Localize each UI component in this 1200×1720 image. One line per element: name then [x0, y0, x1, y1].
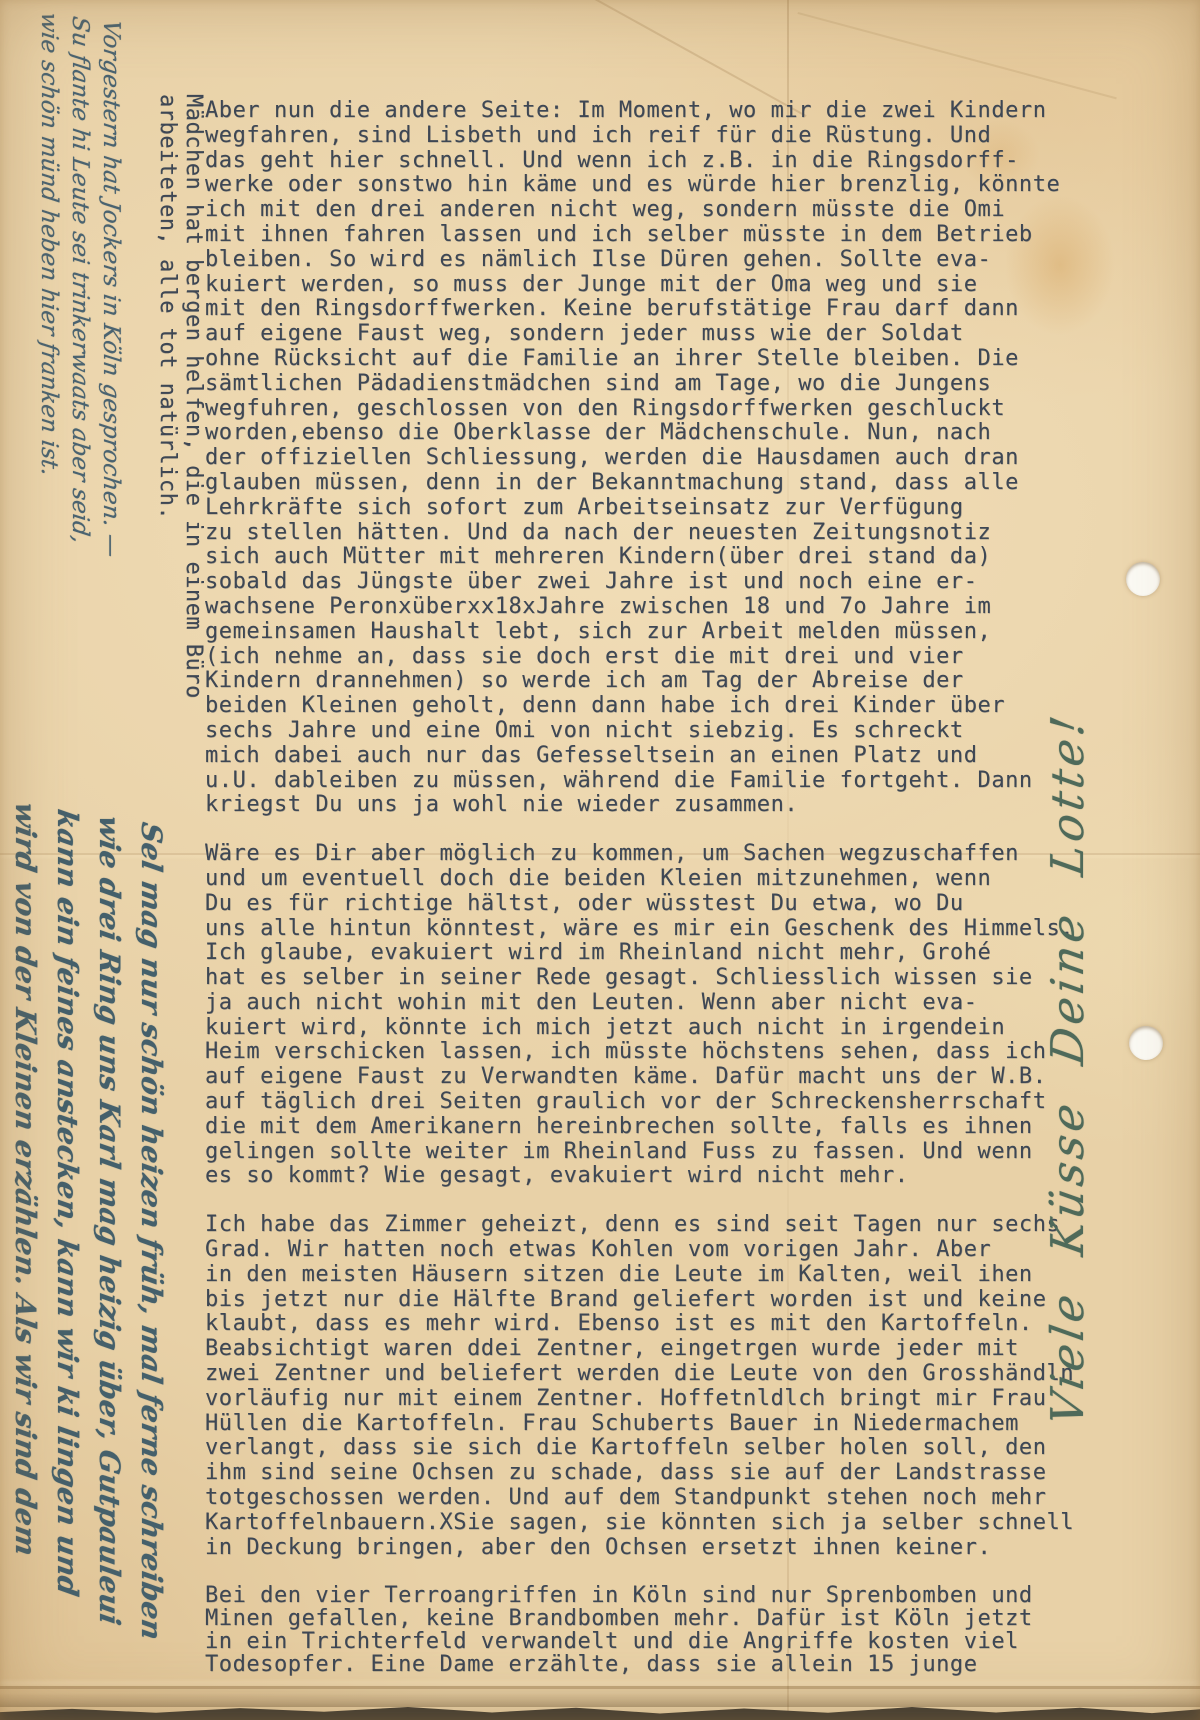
paragraph-evakuierung: Wäre es Dir aber möglich zu kommen, um S… — [205, 842, 1115, 1189]
paragraph-terrorangriffe: Bei den vier Terroangriffen in Köln sind… — [205, 1584, 1115, 1676]
punch-hole-top — [1126, 562, 1160, 596]
left-margin-typed-note: Mädchen hat bergen helfen, die in einem … — [154, 94, 206, 739]
punch-hole-bottom — [1129, 1026, 1163, 1060]
paragraph-kohlen-kartoffeln: Ich habe das Zimmer geheizt, denn es sin… — [205, 1213, 1115, 1560]
bottom-edge-shadow — [0, 1693, 1200, 1707]
left-margin-handwriting-top: Vorgestern hat Jockers in Köln gesproche… — [33, 11, 126, 857]
top-diagonal-crease-right — [797, 12, 1116, 99]
typed-letter-body: Aber nun die andere Seite: Im Moment, wo… — [205, 99, 1115, 1676]
right-margin-handwriting-signoff: Viele Küsse Deine Lotte! — [1038, 680, 1098, 1430]
bottom-fold-crease — [0, 1686, 1200, 1689]
left-margin-handwriting-bottom: Sel mag nur schön heizen früh, mal ferne… — [0, 793, 172, 1711]
letter-page: Aber nun die andere Seite: Im Moment, wo… — [0, 0, 1200, 1720]
paragraph-rustung: Aber nun die andere Seite: Im Moment, wo… — [205, 99, 1115, 818]
